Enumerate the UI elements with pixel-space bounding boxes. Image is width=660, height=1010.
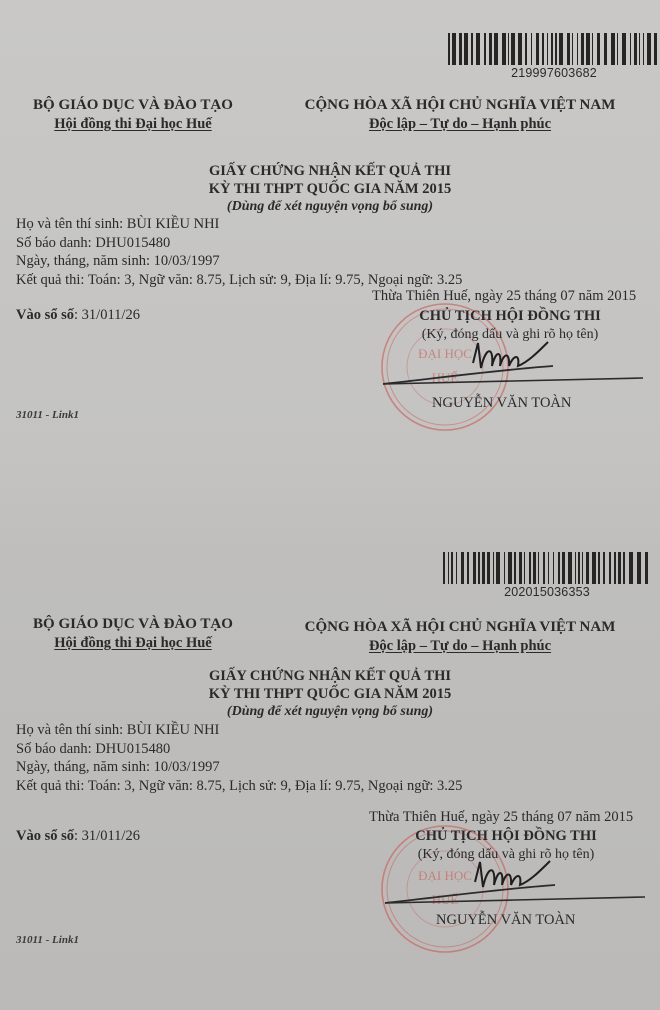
exam-council-name: Hội đồng thi Đại học Huế	[28, 115, 238, 133]
svg-text:ĐẠI HỌC: ĐẠI HỌC	[418, 868, 472, 883]
footer-code: 31011 - Link1	[16, 409, 79, 421]
candidate-info: Họ và tên thí sinh: BÙI KIỀU NHI Số báo …	[16, 721, 462, 795]
svg-text:HUẾ: HUẾ	[432, 892, 459, 907]
place-date: Thừa Thiên Huế, ngày 25 tháng 07 năm 201…	[372, 288, 636, 305]
candidate-number: Số báo danh: DHU015480	[16, 740, 462, 759]
signature-icon	[380, 857, 650, 917]
barcode-bars	[448, 33, 660, 65]
title-line-2: KỲ THI THPT QUỐC GIA NĂM 2015	[0, 685, 660, 703]
candidate-birth-date: Ngày, tháng, năm sinh: 10/03/1997	[16, 252, 462, 271]
exam-results: Kết quả thi: Toán: 3, Ngữ văn: 8.75, Lịc…	[16, 777, 462, 796]
title-purpose: (Dùng để xét nguyện vọng bổ sung)	[0, 703, 660, 721]
register-value: : 31/011/26	[74, 307, 140, 323]
signature-block: CHỦ TỊCH HỘI ĐỒNG THI (Ký, đóng dấu và g…	[390, 307, 630, 344]
register-number: Vào sổ số: 31/011/26	[16, 307, 140, 324]
register-number: Vào sổ số: 31/011/26	[16, 828, 140, 845]
national-header: CỘNG HÒA XÃ HỘI CHỦ NGHĨA VIỆT NAM Độc l…	[295, 618, 625, 655]
svg-text:HUẾ: HUẾ	[432, 370, 459, 385]
candidate-name: Họ và tên thí sinh: BÙI KIỀU NHI	[16, 215, 462, 234]
signature-icon	[378, 338, 648, 398]
certificate-title: GIẤY CHỨNG NHẬN KẾT QUẢ THI KỲ THI THPT …	[0, 162, 660, 216]
exam-council-name: Hội đồng thi Đại học Huế	[28, 634, 238, 652]
barcode-bars	[443, 552, 651, 584]
national-motto: Độc lập – Tự do – Hạnh phúc	[295, 637, 625, 655]
ministry-name: BỘ GIÁO DỤC VÀ ĐÀO TẠO	[28, 615, 238, 634]
barcode-number: 219997603682	[511, 66, 597, 80]
register-label: Vào sổ số	[16, 307, 74, 323]
signature-block: CHỦ TỊCH HỘI ĐỒNG THI (Ký, đóng dấu và g…	[386, 827, 626, 864]
national-name: CỘNG HÒA XÃ HỘI CHỦ NGHĨA VIỆT NAM	[295, 618, 625, 637]
signature-instruction: (Ký, đóng dấu và ghi rõ họ tên)	[390, 326, 630, 344]
candidate-birth-date: Ngày, tháng, năm sinh: 10/03/1997	[16, 758, 462, 777]
barcode: 219997603682	[448, 33, 660, 80]
exam-results: Kết quả thi: Toán: 3, Ngữ văn: 8.75, Lịc…	[16, 271, 462, 290]
title-purpose: (Dùng để xét nguyện vọng bổ sung)	[0, 198, 660, 216]
register-value: : 31/011/26	[74, 828, 140, 844]
national-name: CỘNG HÒA XÃ HỘI CHỦ NGHĨA VIỆT NAM	[295, 96, 625, 115]
title-line-1: GIẤY CHỨNG NHẬN KẾT QUẢ THI	[0, 162, 660, 180]
certificate-copy-1: 219997603682 BỘ GIÁO DỤC VÀ ĐÀO TẠO Hội …	[0, 0, 660, 505]
certificate-title: GIẤY CHỨNG NHẬN KẾT QUẢ THI KỲ THI THPT …	[0, 667, 660, 721]
title-line-1: GIẤY CHỨNG NHẬN KẾT QUẢ THI	[0, 667, 660, 685]
candidate-info: Họ và tên thí sinh: BÙI KIỀU NHI Số báo …	[16, 215, 462, 289]
candidate-number: Số báo danh: DHU015480	[16, 234, 462, 253]
ministry-header: BỘ GIÁO DỤC VÀ ĐÀO TẠO Hội đồng thi Đại …	[28, 96, 238, 133]
signer-title: CHỦ TỊCH HỘI ĐỒNG THI	[386, 827, 626, 846]
national-header: CỘNG HÒA XÃ HỘI CHỦ NGHĨA VIỆT NAM Độc l…	[295, 96, 625, 133]
barcode: 202015036353	[443, 552, 651, 599]
place-date: Thừa Thiên Huế, ngày 25 tháng 07 năm 201…	[369, 809, 633, 826]
candidate-name: Họ và tên thí sinh: BÙI KIỀU NHI	[16, 721, 462, 740]
certificate-copy-2: 202015036353 BỘ GIÁO DỤC VÀ ĐÀO TẠO Hội …	[0, 502, 660, 1007]
signer-title: CHỦ TỊCH HỘI ĐỒNG THI	[390, 307, 630, 326]
national-motto: Độc lập – Tự do – Hạnh phúc	[295, 115, 625, 133]
signature-instruction: (Ký, đóng dấu và ghi rõ họ tên)	[386, 846, 626, 864]
footer-code: 31011 - Link1	[16, 934, 79, 946]
register-label: Vào sổ số	[16, 828, 74, 844]
ministry-name: BỘ GIÁO DỤC VÀ ĐÀO TẠO	[28, 96, 238, 115]
barcode-number: 202015036353	[504, 585, 590, 599]
svg-text:ĐẠI HỌC: ĐẠI HỌC	[418, 346, 472, 361]
ministry-header: BỘ GIÁO DỤC VÀ ĐÀO TẠO Hội đồng thi Đại …	[28, 615, 238, 652]
signer-name: NGUYỄN VĂN TOÀN	[436, 912, 575, 929]
signer-name: NGUYỄN VĂN TOÀN	[432, 395, 571, 412]
title-line-2: KỲ THI THPT QUỐC GIA NĂM 2015	[0, 180, 660, 198]
